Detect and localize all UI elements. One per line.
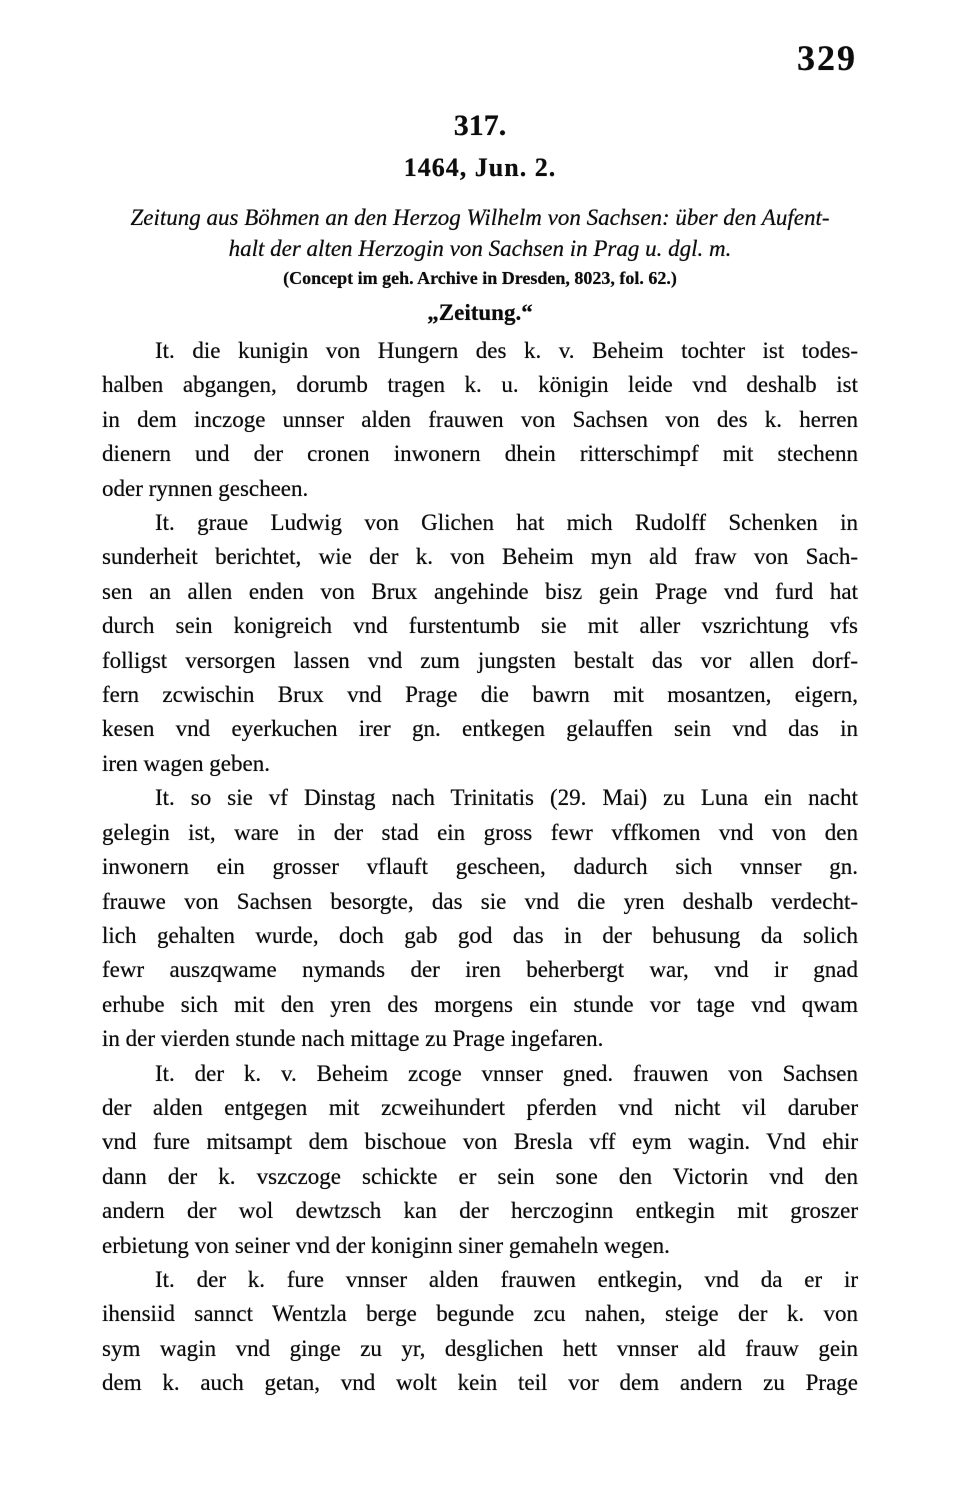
text-line: kesen vnd eyerkuchen irer gn. entkegen g… <box>102 712 858 746</box>
text-line: fewr auszqwame nymands der iren beherber… <box>102 953 858 987</box>
text-line: fern zcwischin Brux vnd Prage die bawrn … <box>102 678 858 712</box>
text-line: andern der wol dewtzsch kan der herczogi… <box>102 1194 858 1228</box>
document-title: „Zeitung.“ <box>0 300 960 326</box>
summary-line: Zeitung aus Böhmen an den Herzog Wilhelm… <box>70 202 890 233</box>
text-line: sym wagin vnd ginge zu yr, desglichen he… <box>102 1332 858 1366</box>
text-line: folligst versorgen lassen vnd zum jungst… <box>102 644 858 678</box>
text-line: lich gehalten wurde, doch gab god das in… <box>102 919 858 953</box>
text-line: It. graue Ludwig von Glichen hat mich Ru… <box>102 506 858 540</box>
text-line: frauwe von Sachsen besorgte, das sie vnd… <box>102 885 858 919</box>
text-line: It. der k. v. Beheim zcoge vnnser gned. … <box>102 1057 858 1091</box>
book-page: 329 317. 1464, Jun. 2. Zeitung aus Böhme… <box>0 0 960 1485</box>
text-line: dienern und der cronen inwonern dhein ri… <box>102 437 858 471</box>
text-line: iren wagen geben. <box>102 747 858 781</box>
entry-summary: Zeitung aus Böhmen an den Herzog Wilhelm… <box>70 202 890 264</box>
page-number: 329 <box>797 37 857 79</box>
text-line: vnd fure mitsampt dem bischoue von Bresl… <box>102 1125 858 1159</box>
text-line: in dem inczoge unnser alden frauwen von … <box>102 403 858 437</box>
text-line: It. der k. fure vnnser alden frauwen ent… <box>102 1263 858 1297</box>
text-line: dann der k. vszczoge schickte er sein so… <box>102 1160 858 1194</box>
text-line: erbietung von seiner vnd der koniginn si… <box>102 1229 858 1263</box>
text-line: dem k. auch getan, vnd wolt kein teil vo… <box>102 1366 858 1400</box>
text-line: durch sein konigreich vnd furstentumb si… <box>102 609 858 643</box>
text-line: oder rynnen gescheen. <box>102 472 858 506</box>
text-line: der alden entgegen mit zcweihundert pfer… <box>102 1091 858 1125</box>
summary-line: halt der alten Herzogin von Sachsen in P… <box>70 233 890 264</box>
text-line: halben abgangen, dorumb tragen k. u. kön… <box>102 368 858 402</box>
text-line: erhube sich mit den yren des morgens ein… <box>102 988 858 1022</box>
text-line: It. die kunigin von Hungern des k. v. Be… <box>102 334 858 368</box>
text-line: sunderheit berichtet, wie der k. von Beh… <box>102 540 858 574</box>
entry-date: 1464, Jun. 2. <box>0 155 960 181</box>
text-line: sen an allen enden von Brux angehinde bi… <box>102 575 858 609</box>
entry-number: 317. <box>0 111 960 141</box>
text-line: inwonern ein grosser vflauft gescheen, d… <box>102 850 858 884</box>
text-line: ihensiid sannct Wentzla berge begunde zc… <box>102 1297 858 1331</box>
body-text: It. die kunigin von Hungern des k. v. Be… <box>102 334 858 1401</box>
source-note: (Concept im geh. Archive in Dresden, 802… <box>0 268 960 289</box>
text-line: gelegin ist, ware in der stad ein gross … <box>102 816 858 850</box>
text-line: It. so sie vf Dinstag nach Trinitatis (2… <box>102 781 858 815</box>
text-line: in der vierden stunde nach mittage zu Pr… <box>102 1022 858 1056</box>
